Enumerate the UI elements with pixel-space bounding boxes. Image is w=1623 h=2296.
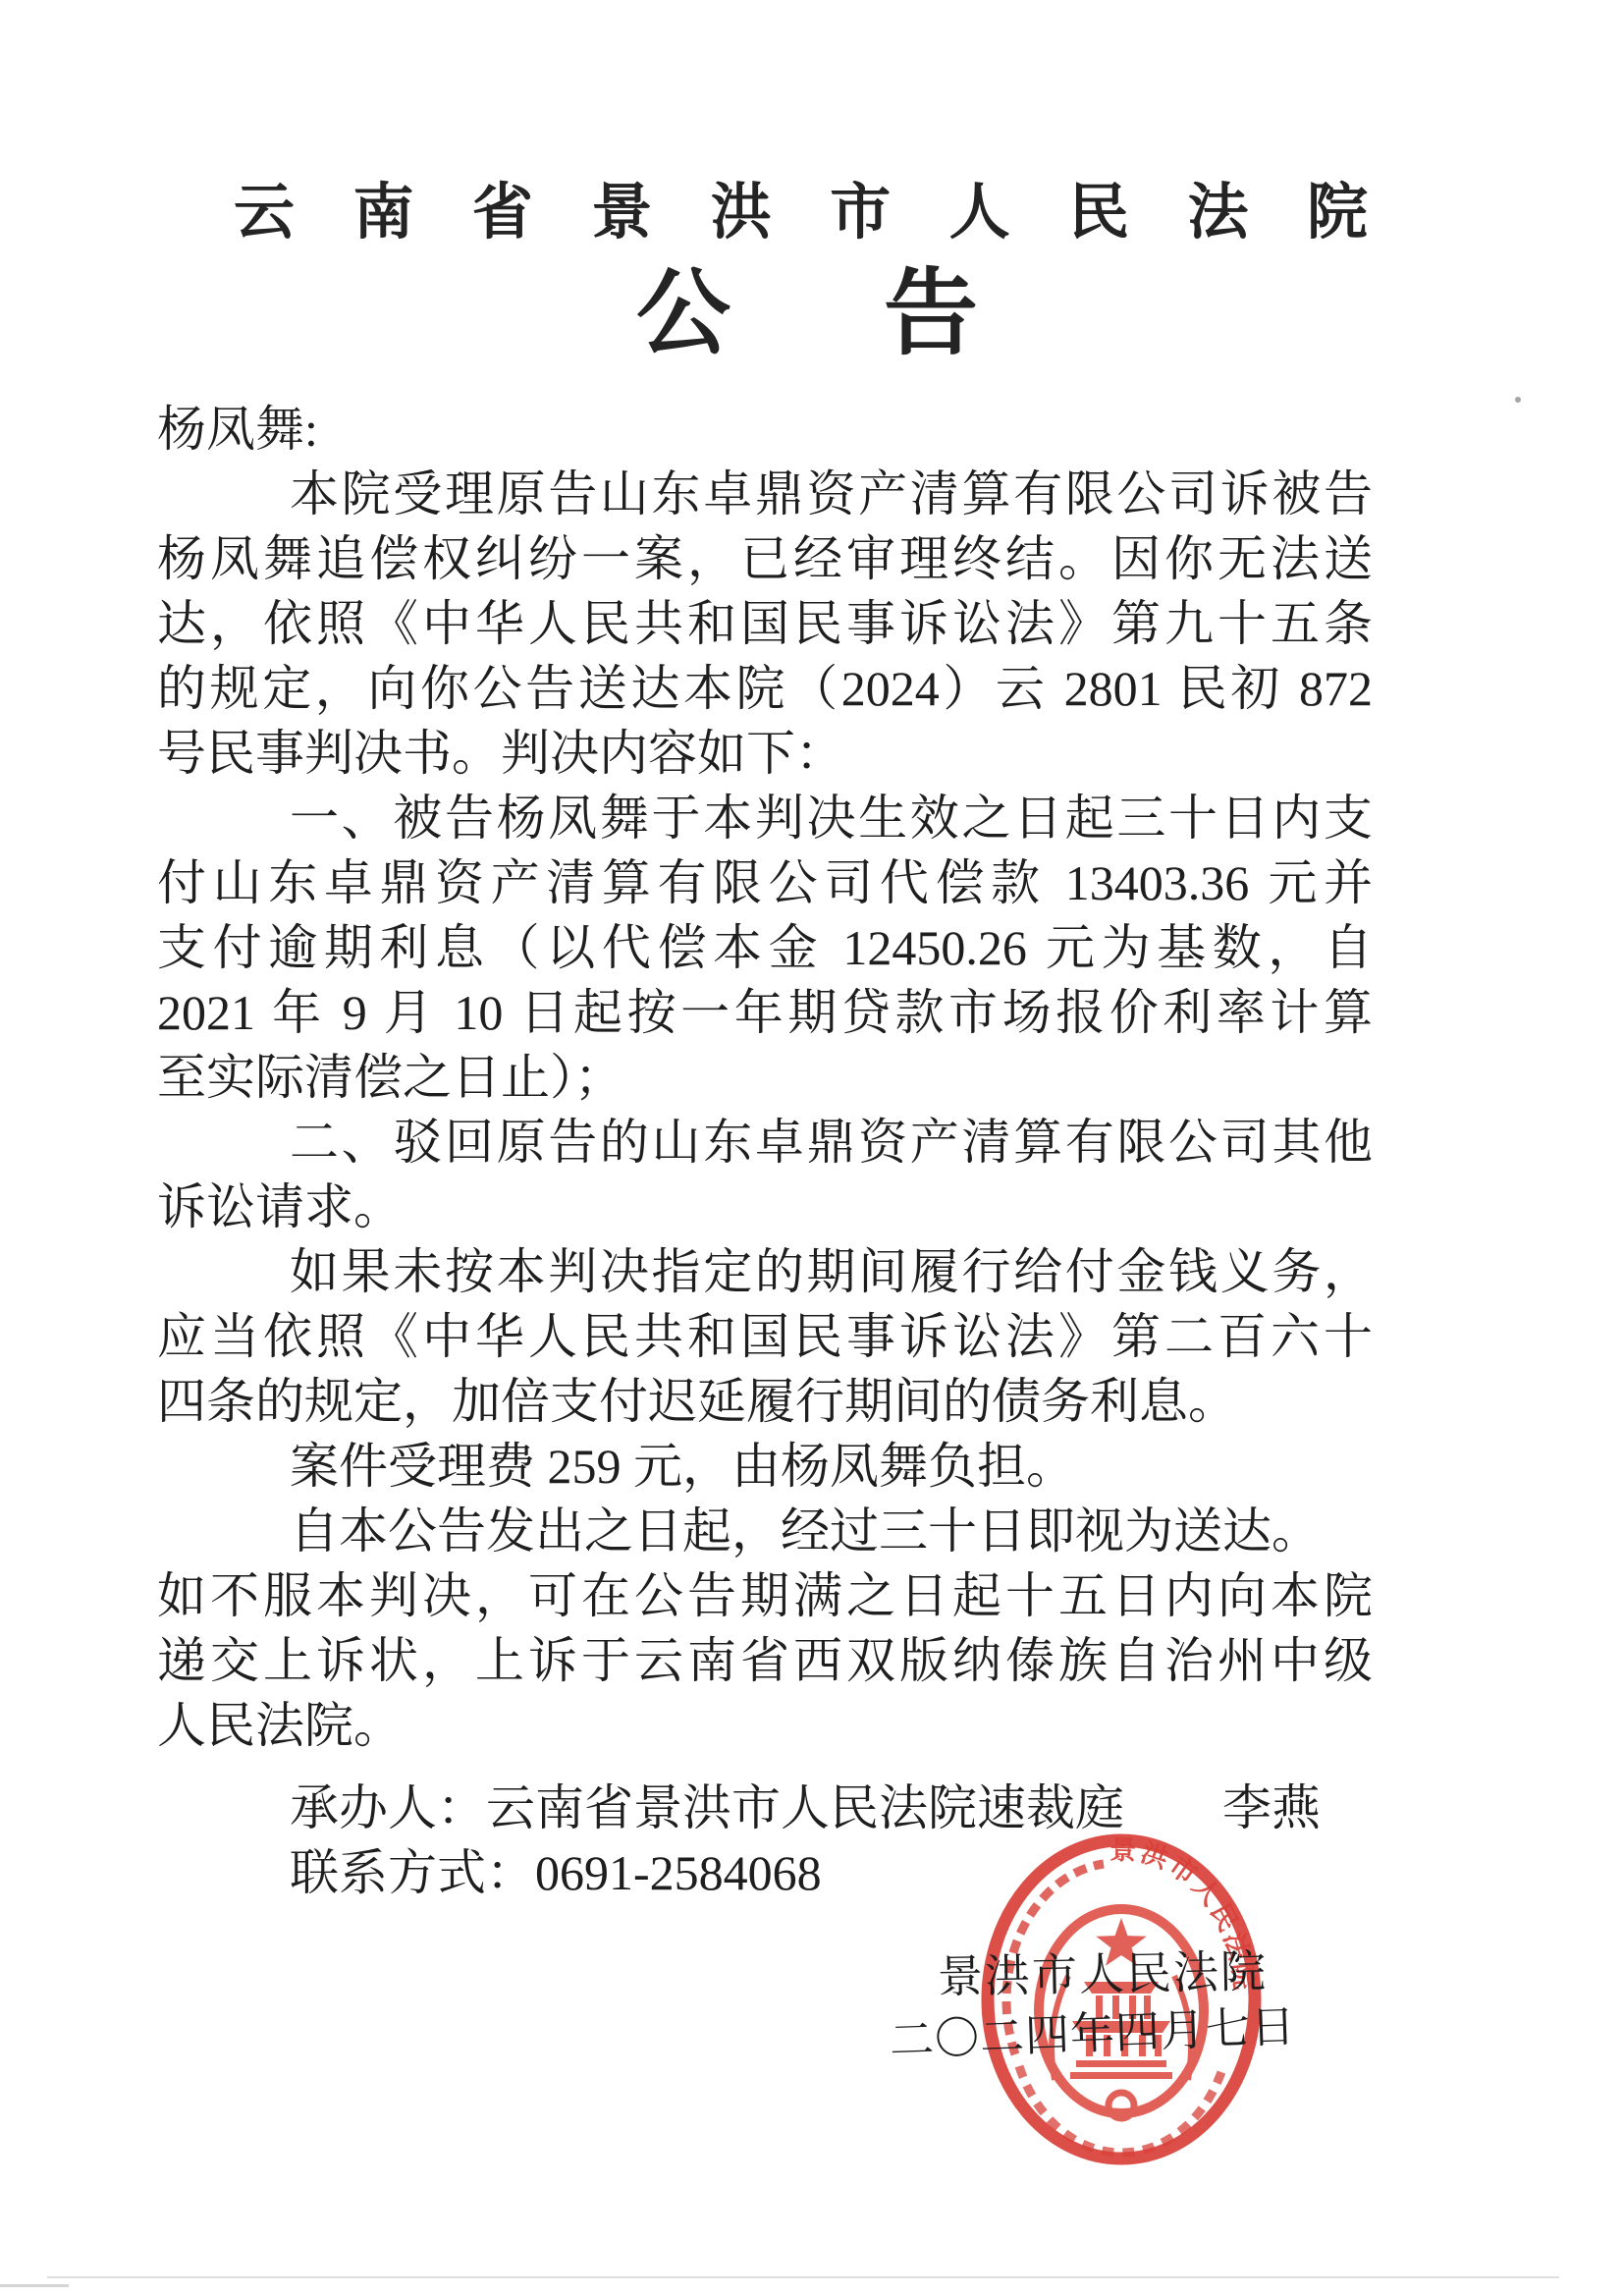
body-line: 一、被告杨凤舞于本判决生效之日起三十日内支	[157, 786, 1373, 850]
body-line: 2021 年 9 月 10 日起按一年期贷款市场报价利率计算	[157, 980, 1373, 1045]
court-notice-document: 云南省景洪市人民法院 公告 杨凤舞:本院受理原告山东卓鼎资产清算有限公司诉被告杨…	[0, 0, 1623, 2296]
body-line: 二、驳回原告的山东卓鼎资产清算有限公司其他	[157, 1110, 1373, 1175]
scan-speck	[1515, 397, 1521, 403]
body-line: 付山东卓鼎资产清算有限公司代偿款 13403.36 元并	[157, 850, 1373, 915]
body-line: 达，依照《中华人民共和国民事诉讼法》第九十五条	[157, 591, 1373, 656]
body-line: 自本公告发出之日起，经过三十日即视为送达。	[157, 1499, 1373, 1563]
signature-court-name: 景洪市人民法院	[938, 1947, 1269, 2002]
body-line: 杨凤舞追偿权纠纷一案，已经审理终结。因你无法送	[157, 526, 1373, 591]
body-line: 人民法院。	[157, 1693, 1373, 1758]
notice-body: 杨凤舞:本院受理原告山东卓鼎资产清算有限公司诉被告杨凤舞追偿权纠纷一案，已经审理…	[157, 397, 1373, 1905]
body-line: 案件受理费 259 元，由杨凤舞负担。	[157, 1434, 1373, 1499]
body-line: 的规定，向你公告送达本院（2024）云 2801 民初 872	[157, 656, 1373, 721]
court-title: 云南省景洪市人民法院	[234, 180, 1368, 246]
body-line: 如果未按本判决指定的期间履行给付金钱义务，	[157, 1239, 1373, 1304]
body-line: 如不服本判决，可在公告期满之日起十五日内向本院	[157, 1563, 1373, 1628]
body-line: 杨凤舞:	[157, 397, 1373, 462]
body-line: 本院受理原告山东卓鼎资产清算有限公司诉被告	[157, 462, 1373, 526]
scan-edge-tick	[0, 2284, 69, 2287]
notice-title: 公告	[636, 263, 978, 365]
body-line: 至实际清偿之日止）；	[157, 1045, 1373, 1110]
body-line: 应当依照《中华人民共和国民事诉讼法》第二百六十	[157, 1304, 1373, 1369]
body-line: 支付逾期利息（以代偿本金 12450.26 元为基数，自	[157, 915, 1373, 980]
body-line: 四条的规定，加倍支付迟延履行期间的债务利息。	[157, 1369, 1373, 1434]
body-line: 递交上诉状，上诉于云南省西双版纳傣族自治州中级	[157, 1628, 1373, 1693]
body-line: 诉讼请求。	[157, 1175, 1373, 1239]
scan-edge-line	[47, 2276, 1559, 2278]
body-line: 号民事判决书。判决内容如下：	[157, 721, 1373, 786]
